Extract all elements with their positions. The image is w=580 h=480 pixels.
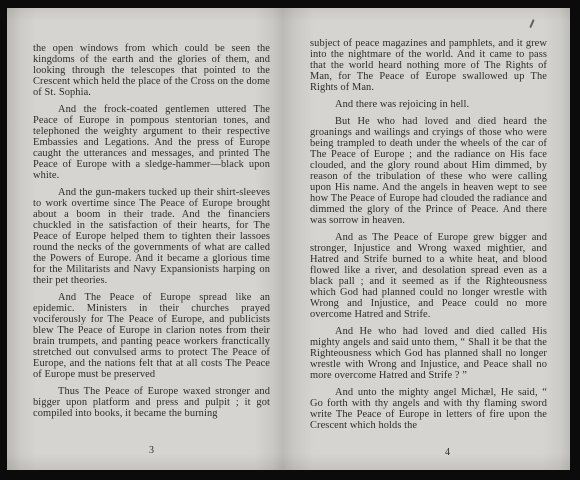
scan-artifact	[529, 19, 534, 28]
paragraph: But He who had loved and died heard the …	[310, 116, 547, 226]
paragraph: Thus The Peace of Europe waxed stronger …	[33, 386, 270, 419]
paragraph: And there was rejoicing in hell.	[310, 99, 547, 110]
book-spread: the open windows from which could be see…	[7, 8, 570, 470]
scan-screenshot: { "colors": { "paper": "#d5d4d0", "ink":…	[0, 0, 580, 480]
book-page-right: subject of peace magazines and pamphlets…	[310, 38, 547, 437]
paragraph: the open windows from which could be see…	[33, 43, 270, 98]
paragraph: And as The Peace of Europe grew bigger a…	[310, 232, 547, 320]
paragraph: And He who had loved and died called His…	[310, 326, 547, 381]
book-page-left: the open windows from which could be see…	[33, 43, 270, 425]
page-number: 3	[33, 445, 270, 456]
paragraph: And the gun-makers tucked up their shirt…	[33, 187, 270, 286]
paragraph: And The Peace of Europe spread like an e…	[33, 292, 270, 380]
page-number: 4	[310, 447, 547, 458]
paragraph: And unto the mighty angel Michæl, He sai…	[310, 387, 547, 431]
paragraph: And the frock-coated gentlemen uttered T…	[33, 104, 270, 181]
paragraph: subject of peace magazines and pamphlets…	[310, 38, 547, 93]
